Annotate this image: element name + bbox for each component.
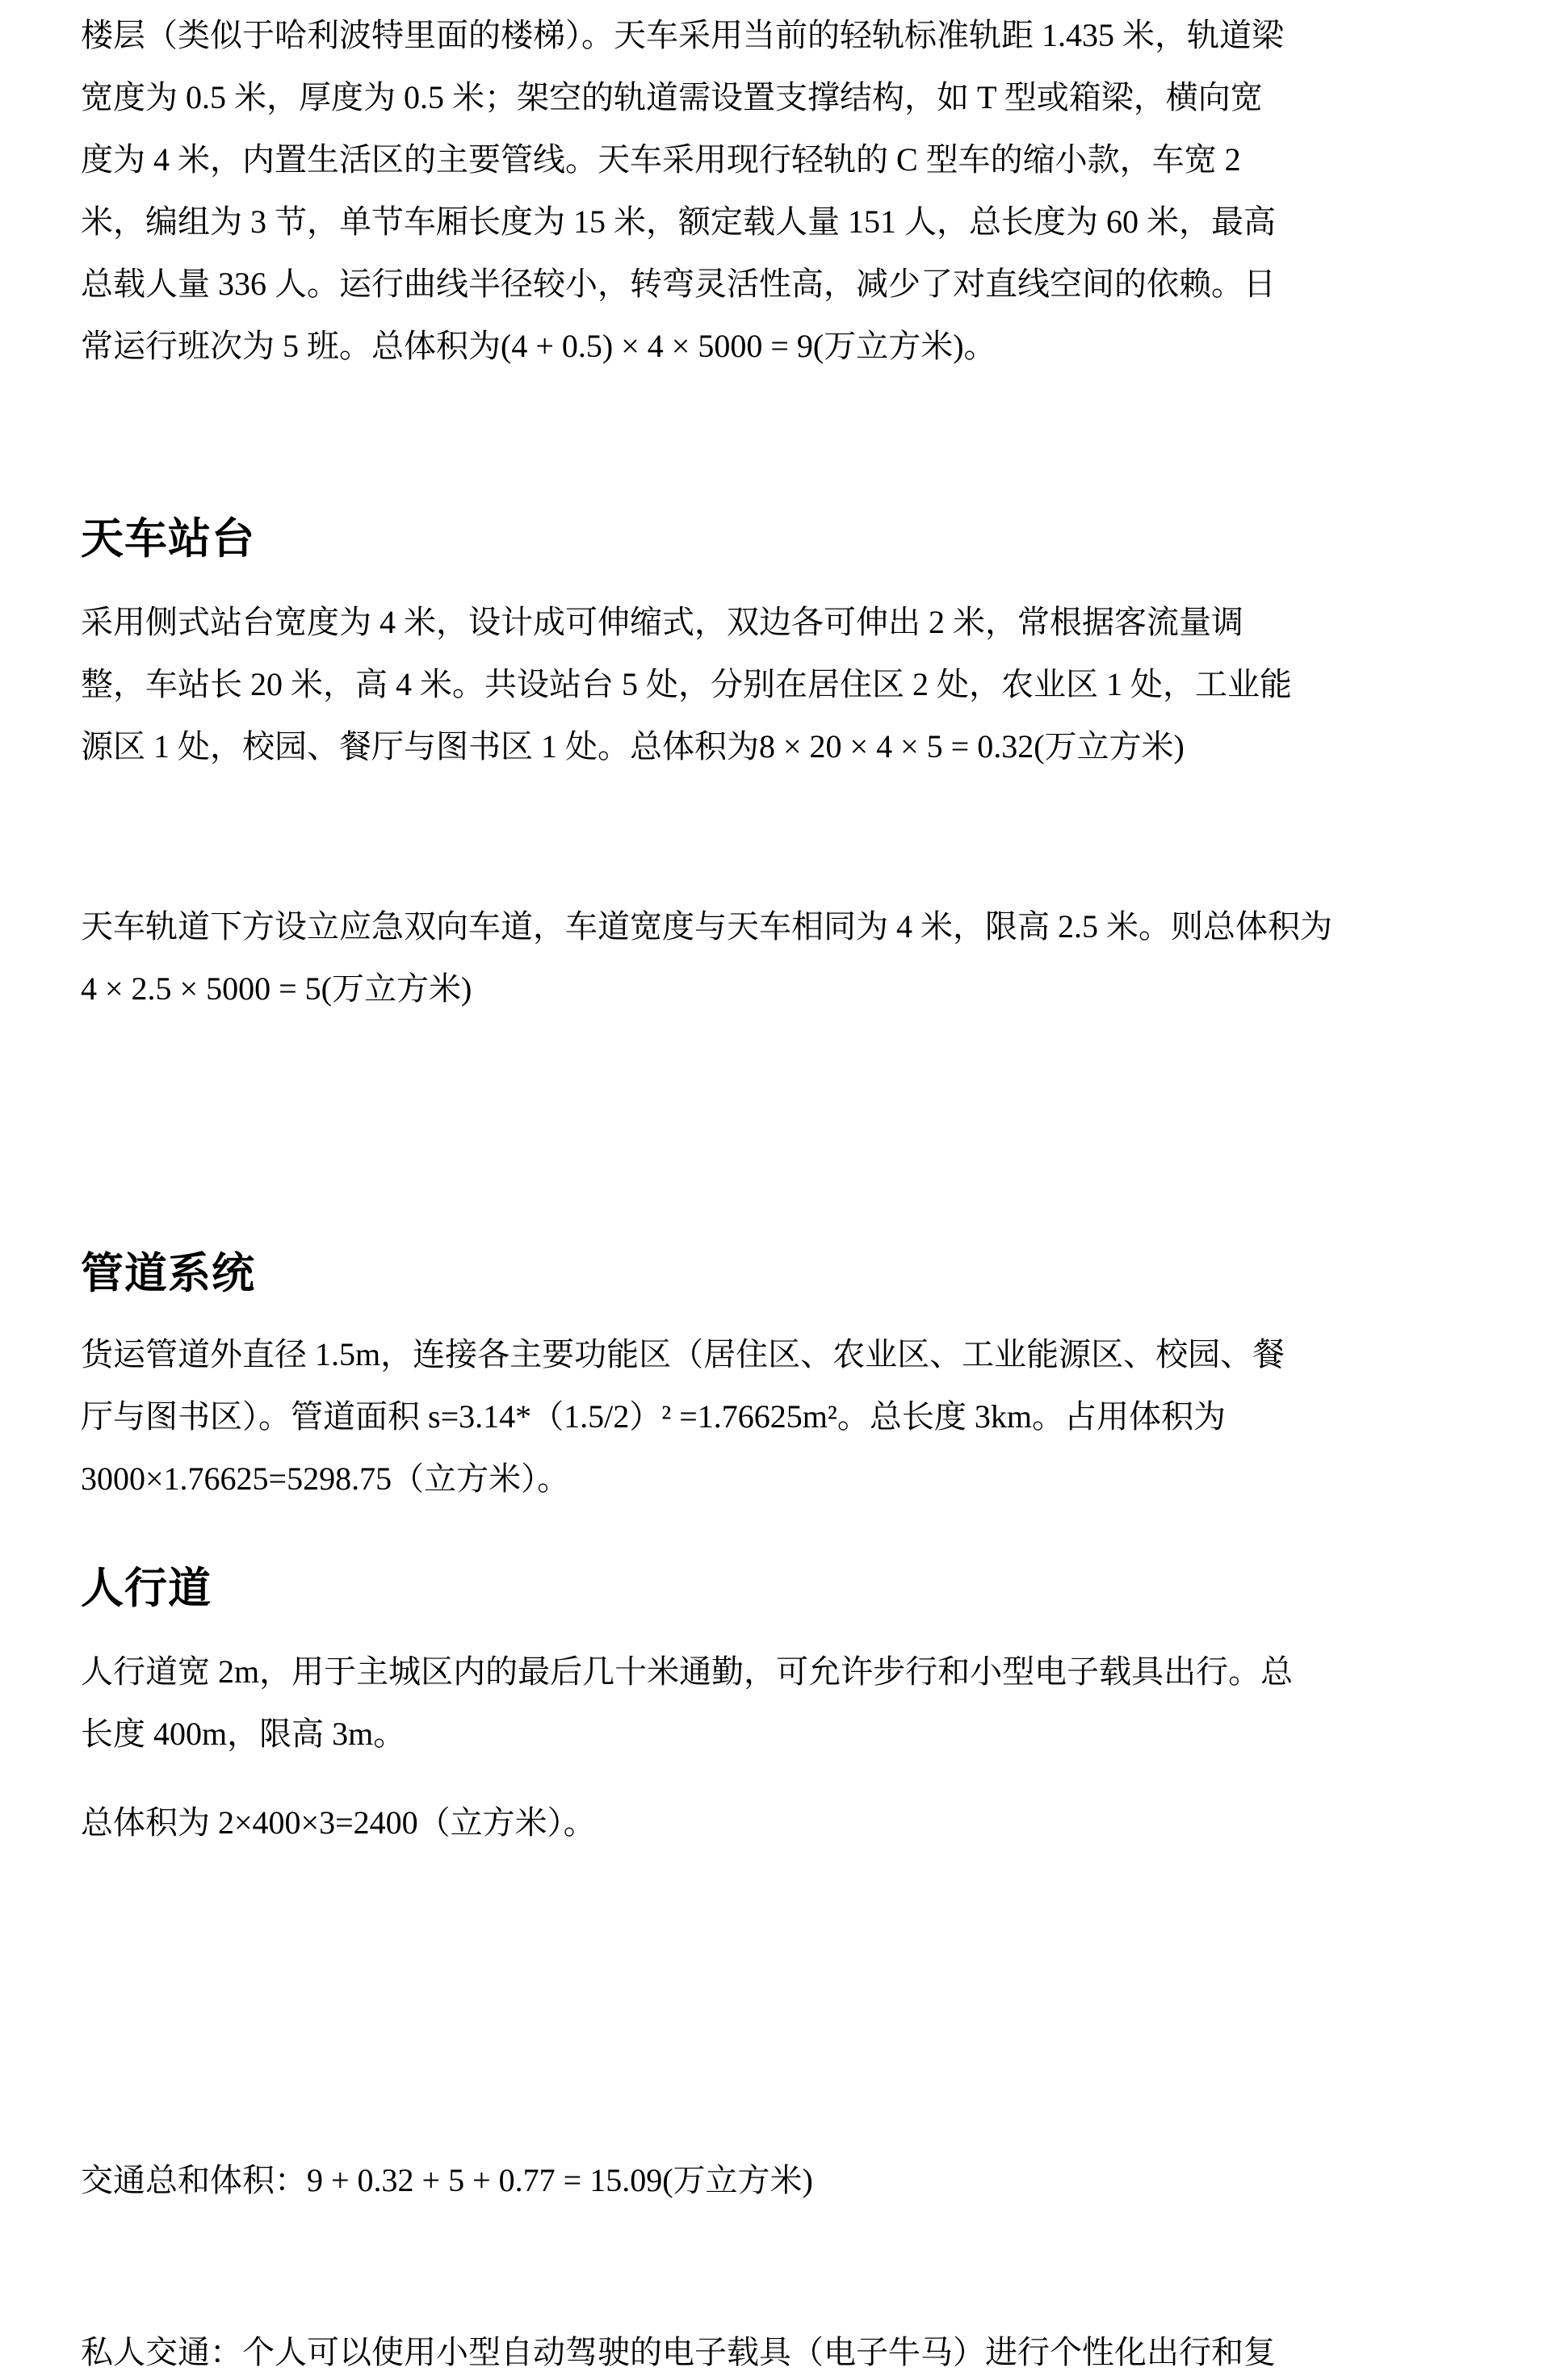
text-line: 度为 4 米，内置生活区的主要管线。天车采用现行轻轨的 C 型车的缩小款，车宽 … <box>81 128 1518 191</box>
text-line: 3000×1.76625=5298.75（立方米）。 <box>81 1448 1518 1510</box>
paragraph-private-transport: 私人交通：个人可以使用小型自动驾驶的电子载具（电子牛马）进行个性化出行和复 <box>81 2321 1518 2380</box>
text-line: 厅与图书区）。管道面积 s=3.14*（1.5/2）² =1.76625m²。总… <box>81 1385 1518 1448</box>
heading-sidewalk: 人行道 <box>81 1567 1518 1610</box>
paragraph-skytrain-specs: 楼层（类似于哈利波特里面的楼梯）。天车采用当前的轻轨标准轨距 1.435 米，轨… <box>81 4 1518 377</box>
text-line: 交通总和体积：9 + 0.32 + 5 + 0.77 = 15.09(万立方米) <box>81 2149 1518 2211</box>
heading-pipeline-system: 管道系统 <box>81 1252 1518 1295</box>
heading-skytrain-platform: 天车站台 <box>81 517 1518 560</box>
text-line: 源区 1 处，校园、餐厅与图书区 1 处。总体积为8 × 20 × 4 × 5 … <box>81 715 1518 777</box>
paragraph-sidewalk-volume: 总体积为 2×400×3=2400（立方米）。 <box>81 1791 1518 1854</box>
text-line: 4 × 2.5 × 5000 = 5(万立方米) <box>81 957 1518 1020</box>
text-line: 长度 400m，限高 3m。 <box>81 1703 1518 1765</box>
text-line: 货运管道外直径 1.5m，连接各主要功能区（居住区、农业区、工业能源区、校园、餐 <box>81 1323 1518 1385</box>
text-line: 常运行班次为 5 班。总体积为(4 + 0.5) × 4 × 5000 = 9(… <box>81 315 1518 377</box>
text-line: 天车轨道下方设立应急双向车道，车道宽度与天车相同为 4 米，限高 2.5 米。则… <box>81 895 1518 957</box>
text-line: 总载人量 336 人。运行曲线半径较小，转弯灵活性高，减少了对直线空间的依赖。日 <box>81 253 1518 315</box>
paragraph-pipeline-specs: 货运管道外直径 1.5m，连接各主要功能区（居住区、农业区、工业能源区、校园、餐… <box>81 1323 1518 1510</box>
paragraph-emergency-lane: 天车轨道下方设立应急双向车道，车道宽度与天车相同为 4 米，限高 2.5 米。则… <box>81 895 1518 1020</box>
text-line: 米，编组为 3 节，单节车厢长度为 15 米，额定载人量 151 人，总长度为 … <box>81 191 1518 253</box>
text-line: 楼层（类似于哈利波特里面的楼梯）。天车采用当前的轻轨标准轨距 1.435 米，轨… <box>81 4 1518 66</box>
text-line: 采用侧式站台宽度为 4 米，设计成可伸缩式，双边各可伸出 2 米，常根据客流量调 <box>81 591 1518 653</box>
text-line: 总体积为 2×400×3=2400（立方米）。 <box>81 1791 1518 1854</box>
text-line: 整，车站长 20 米，高 4 米。共设站台 5 处，分别在居住区 2 处，农业区… <box>81 653 1518 715</box>
text-line: 人行道宽 2m，用于主城区内的最后几十米通勤，可允许步行和小型电子载具出行。总 <box>81 1640 1518 1703</box>
paragraph-total-traffic-volume: 交通总和体积：9 + 0.32 + 5 + 0.77 = 15.09(万立方米) <box>81 2149 1518 2211</box>
paragraph-sidewalk-specs: 人行道宽 2m，用于主城区内的最后几十米通勤，可允许步行和小型电子载具出行。总 … <box>81 1640 1518 1765</box>
document-page: 楼层（类似于哈利波特里面的楼梯）。天车采用当前的轻轨标准轨距 1.435 米，轨… <box>0 0 1560 2380</box>
paragraph-platform-specs: 采用侧式站台宽度为 4 米，设计成可伸缩式，双边各可伸出 2 米，常根据客流量调… <box>81 591 1518 777</box>
text-line: 宽度为 0.5 米，厚度为 0.5 米；架空的轨道需设置支撑结构，如 T 型或箱… <box>81 66 1518 128</box>
text-line: 私人交通：个人可以使用小型自动驾驶的电子载具（电子牛马）进行个性化出行和复 <box>81 2321 1518 2380</box>
